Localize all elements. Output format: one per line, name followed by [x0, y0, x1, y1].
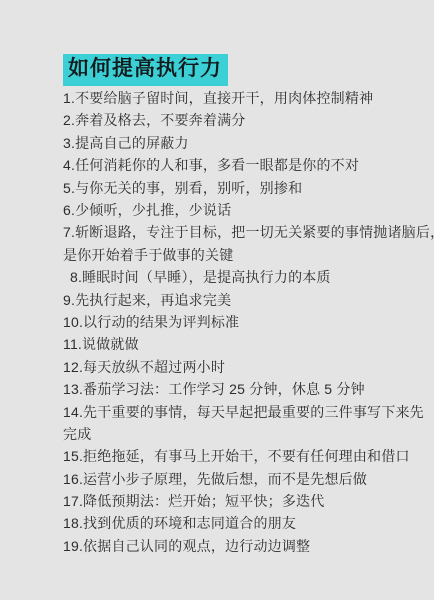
list-item-line: 8.睡眠时间（早睡），是提高执行力的本质: [63, 266, 406, 288]
list-item-line: 6.少倾听，少扎推，少说话: [63, 199, 406, 221]
list-item-line: 7.斩断退路，专注于目标，把一切无关紧要的事情抛诸脑后，: [63, 221, 406, 243]
list-item-line: 14.先干重要的事情，每天早起把最重要的三件事写下来先: [63, 401, 406, 423]
list-item-line: 15.拒绝拖延，有事马上开始干，不要有任何理由和借口: [63, 445, 406, 467]
list-item-line: 17.降低预期法：烂开始；短平快；多迭代: [63, 490, 406, 512]
list-item-line: 19.依据自己认同的观点，边行动边调整: [63, 535, 406, 557]
list-item-line: 9.先执行起来，再追求完美: [63, 289, 406, 311]
list-item-line: 3.提高自己的屏蔽力: [63, 132, 406, 154]
list-item-line: 是你开始着手于做事的关键: [63, 244, 406, 266]
note-page: 如何提高执行力 1.不要给脑子留时间，直接开干，用肉体控制精神2.奔着及格去，不…: [0, 0, 434, 600]
tips-list: 1.不要给脑子留时间，直接开干，用肉体控制精神2.奔着及格去，不要奔着满分3.提…: [63, 87, 406, 557]
list-item-line: 18.找到优质的环境和志同道合的朋友: [63, 512, 406, 534]
list-item-line: 13.番茄学习法：工作学习 25 分钟，休息 5 分钟: [63, 378, 406, 400]
list-item-line: 4.任何消耗你的人和事，多看一眼都是你的不对: [63, 154, 406, 176]
list-item-line: 1.不要给脑子留时间，直接开干，用肉体控制精神: [63, 87, 406, 109]
list-item-line: 完成: [63, 423, 406, 445]
list-item-line: 10.以行动的结果为评判标准: [63, 311, 406, 333]
list-item-line: 16.运营小步子原理，先做后想，而不是先想后做: [63, 468, 406, 490]
list-item-line: 12.每天放纵不超过两小时: [63, 356, 406, 378]
list-item-line: 11.说做就做: [63, 333, 406, 355]
list-item-line: 5.与你无关的事，别看，别听，别掺和: [63, 177, 406, 199]
list-item-line: 2.奔着及格去，不要奔着满分: [63, 109, 406, 131]
page-title: 如何提高执行力: [63, 54, 228, 86]
